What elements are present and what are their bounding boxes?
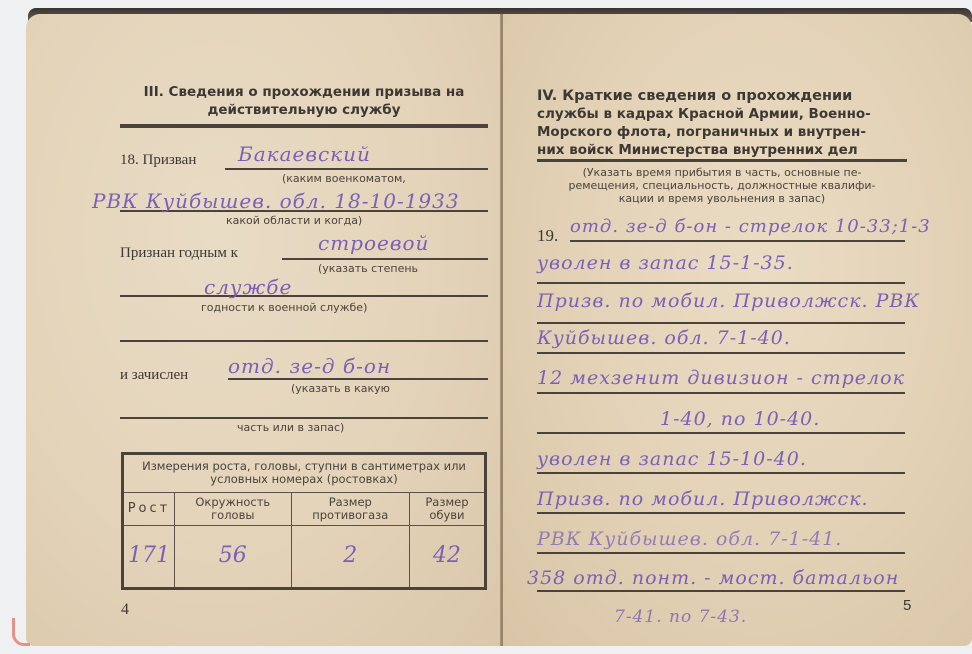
entry-7: уволен в запас 15-10-40. xyxy=(537,448,807,470)
entry-11: 7-41. по 7-43. xyxy=(614,607,747,627)
entry-10: 358 отд. понт. - мост. батальон xyxy=(527,567,899,589)
fitness-label: Признан годным к xyxy=(120,245,238,262)
entry-line-5 xyxy=(537,392,905,394)
item18-hint1: (каким военкоматом, xyxy=(282,172,406,185)
fitness-line xyxy=(282,258,488,260)
entry-line-10 xyxy=(537,590,905,592)
item18-value: Бакаевский xyxy=(238,142,371,166)
head-value: 56 xyxy=(219,543,247,568)
fitness-value2: службе xyxy=(204,275,292,299)
cell-height: 171 xyxy=(123,526,175,589)
entry-line-8 xyxy=(537,512,905,514)
section-iii-title-line1: III. Сведения о прохождении призыва на xyxy=(120,83,488,101)
red-stain xyxy=(12,618,30,646)
entry-line-3 xyxy=(537,322,905,324)
entry-1: отд. зе-д б-он - стрелок 10-33;1-3 xyxy=(570,216,931,237)
item19-label: 19. xyxy=(537,226,558,246)
shoe-value: 42 xyxy=(433,543,461,568)
height-value: 171 xyxy=(128,543,170,568)
entry-5: 12 мехзенит дивизион - стрелок xyxy=(537,367,905,389)
fitness-line2 xyxy=(120,295,488,297)
enrolled-hint2: часть или в запас) xyxy=(237,421,344,434)
enrolled-line xyxy=(228,378,488,380)
col-gasmask-size: Размер противогаза xyxy=(291,492,409,525)
item18-value2: РВК Куйбышев. обл. 18-10-1933 xyxy=(92,189,460,213)
item18-line xyxy=(225,168,488,170)
iv-instructions-line3: кации и время увольнения в запас) xyxy=(537,192,907,205)
iv-instructions-line1: (Указать время прибытия в часть, основны… xyxy=(537,166,907,179)
cell-head-circumference: 56 xyxy=(174,526,291,589)
page-number-right: 5 xyxy=(903,597,911,614)
entry-6: 1-40, по 10-40. xyxy=(660,408,820,430)
entry-3: Призв. по мобил. Приволжск. РВК xyxy=(537,290,920,312)
entry-line-1 xyxy=(570,240,905,242)
measurements-caption: Измерения роста, головы, ступни в сантим… xyxy=(123,454,486,493)
gasmask-value: 2 xyxy=(343,543,357,568)
section-iii-title-line2: действительную службу xyxy=(120,101,488,119)
enrolled-label: и зачислен xyxy=(120,367,188,384)
section-iv-title-line3: Морского флота, пограничных и внутрен- xyxy=(537,123,907,141)
iv-instructions-line2: ремещения, специальность, должностные кв… xyxy=(537,179,907,192)
section-iv-title-line2: службы в кадрах Красной Армии, Военно- xyxy=(537,105,907,123)
section-iv-title: IV. Краткие сведения о прохождении служб… xyxy=(537,87,907,159)
col-head-circumference: Окружность головы xyxy=(174,492,291,525)
fitness-hint1: (указать степень xyxy=(318,262,418,275)
cell-gasmask-size: 2 xyxy=(291,526,409,589)
entry-8: Призв. по мобил. Приволжск. xyxy=(537,488,869,510)
enrolled-line2 xyxy=(120,417,488,419)
fitness-value: строевой xyxy=(318,231,429,255)
entry-line-4 xyxy=(537,352,905,354)
col-shoe-size: Размер обуви xyxy=(409,492,485,525)
entry-line-7 xyxy=(537,472,905,474)
enrolled-hint1: (указать в какую xyxy=(291,382,390,395)
section-iv-title-line1: IV. Краткие сведения о прохождении xyxy=(537,87,907,105)
entry-2: уволен в запас 15-1-35. xyxy=(537,252,794,274)
item18-label: 18. Призван xyxy=(120,152,196,169)
entry-line-6 xyxy=(537,432,905,434)
title-divider xyxy=(120,124,488,128)
section-iii-title: III. Сведения о прохождении призыва на д… xyxy=(120,83,488,119)
page-number-left: 4 xyxy=(121,601,129,619)
blank-line xyxy=(120,340,488,342)
enrolled-value: отд. зе-д б-он xyxy=(228,354,391,378)
col-height: Рост xyxy=(123,492,175,525)
fitness-hint2: годности к военной службе) xyxy=(201,301,367,314)
entry-line-9 xyxy=(537,552,905,554)
iv-instructions: (Указать время прибытия в часть, основны… xyxy=(537,166,907,205)
section-iv-title-line4: них войск Министерства внутренних дел xyxy=(537,141,907,159)
iv-title-divider xyxy=(537,159,907,162)
measurements-table: Измерения роста, головы, ступни в сантим… xyxy=(121,452,487,590)
military-id-booklet: III. Сведения о прохождении призыва на д… xyxy=(0,0,972,654)
entry-4: Куйбышев. обл. 7-1-40. xyxy=(537,327,791,349)
item18-hint2: какой области и когда) xyxy=(226,214,362,227)
entry-line-2 xyxy=(537,282,905,284)
entry-9: РВК Куйбышев. обл. 7-1-41. xyxy=(537,528,842,550)
cell-shoe-size: 42 xyxy=(409,526,485,589)
